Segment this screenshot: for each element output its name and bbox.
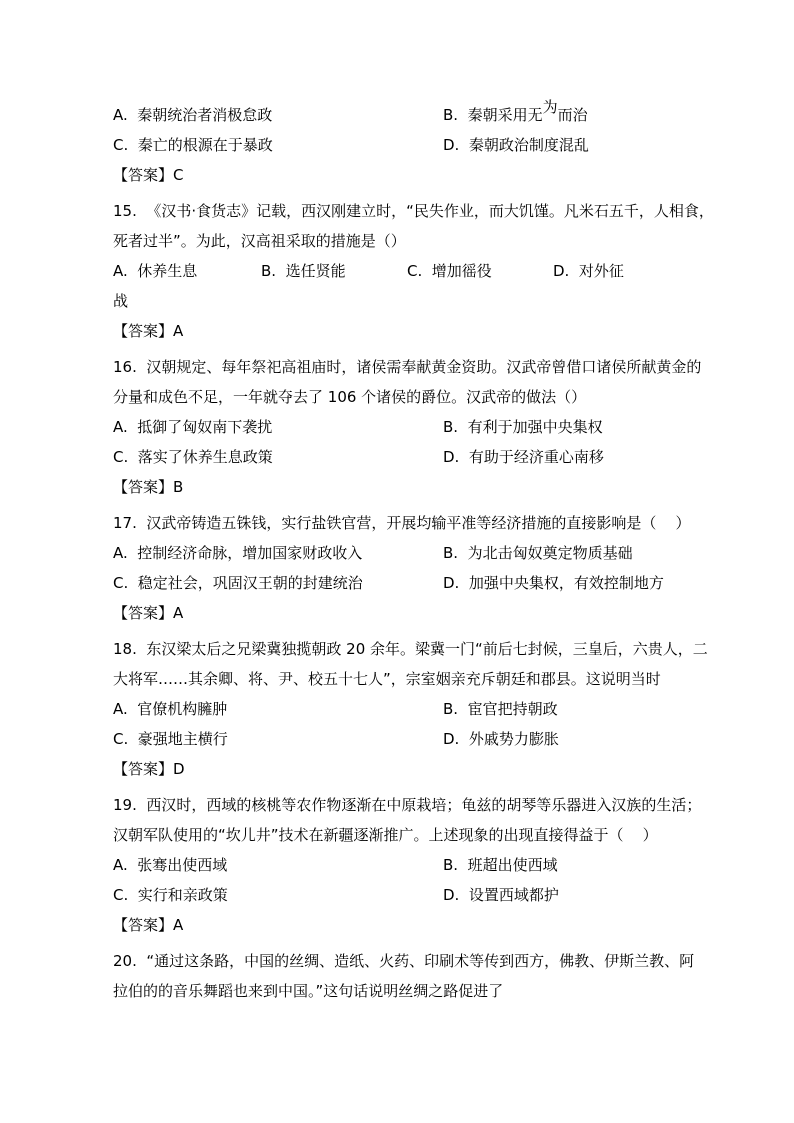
q16-option-a: A. 抵御了匈奴南下袭扰 [113,412,272,442]
q17-answer: 【答案】A [113,598,683,628]
q16-stem-line-2: 分量和成色不足，一年就夺去了 106 个诸侯的爵位。汉武帝的做法（） [113,382,683,412]
q17-options-row-ab: A. 控制经济命脉，增加国家财政收入 B. 为北击匈奴奠定物质基础 [113,538,683,568]
q16-answer: 【答案】B [113,472,683,502]
q15-option-d-wrap: 战 [113,286,683,316]
q19-option-b: B. 班超出使西域 [443,850,558,880]
q17-option-a: A. 控制经济命脉，增加国家财政收入 [113,538,362,568]
question-20: 20. “通过这条路，中国的丝绸、造纸、火药、印刷术等传到西方，佛教、伊斯兰教、… [113,946,683,1006]
q14-option-b-text: B. 秦朝采用无 [443,106,543,124]
q19-option-c: C. 实行和亲政策 [113,880,228,910]
q16-option-d: D. 有助于经济重心南移 [443,442,604,472]
q17-option-d: D. 加强中央集权，有效控制地方 [443,568,664,598]
q19-answer: 【答案】A [113,910,683,940]
q15-option-b: B. 选任贤能 [261,256,346,286]
q15-stem-line-2: 死者过半”。为此，汉高祖采取的措施是（） [113,226,683,256]
exam-content: A. 秦朝统治者消极怠政 B. 秦朝采用无为而治 C. 秦亡的根源在于暴政 D.… [113,100,683,1006]
q17-option-b: B. 为北击匈奴奠定物质基础 [443,538,633,568]
q14-option-b-text-end: 而治 [558,106,588,124]
q14-options-row-ab: A. 秦朝统治者消极怠政 B. 秦朝采用无为而治 [113,100,683,130]
q15-option-a: A. 休养生息 [113,256,197,286]
question-16: 16. 汉朝规定、每年祭祀高祖庙时，诸侯需奉献黄金资助。汉武帝曾借口诸侯所献黄金… [113,352,683,502]
q16-option-b: B. 有利于加强中央集权 [443,412,603,442]
q14-option-b-superscript: 为 [543,98,558,116]
q17-stem-line-1: 17. 汉武帝铸造五铢钱，实行盐铁官营，开展均输平准等经济措施的直接影响是（ ） [113,508,683,538]
q14-option-d: D. 秦朝政治制度混乱 [443,130,589,160]
q18-option-c: C. 豪强地主横行 [113,724,228,754]
q18-answer: 【答案】D [113,754,683,784]
q20-stem-line-2: 拉伯的的音乐舞蹈也来到中国。”这句话说明丝绸之路促进了 [113,976,683,1006]
q18-option-d: D. 外戚势力膨胀 [443,724,559,754]
q19-option-d: D. 设置西域都护 [443,880,559,910]
q16-options-row-cd: C. 落实了休养生息政策 D. 有助于经济重心南移 [113,442,683,472]
q18-option-b: B. 宦官把持朝政 [443,694,558,724]
q19-option-a: A. 张骞出使西域 [113,850,227,880]
q18-options-row-cd: C. 豪强地主横行 D. 外戚势力膨胀 [113,724,683,754]
q18-option-a: A. 官僚机构臃肿 [113,694,227,724]
question-14-options: A. 秦朝统治者消极怠政 B. 秦朝采用无为而治 C. 秦亡的根源在于暴政 D.… [113,100,683,190]
q15-option-c: C. 增加徭役 [407,256,492,286]
q20-stem-line-1: 20. “通过这条路，中国的丝绸、造纸、火药、印刷术等传到西方，佛教、伊斯兰教、… [113,946,683,976]
q17-options-row-cd: C. 稳定社会，巩固汉王朝的封建统治 D. 加强中央集权，有效控制地方 [113,568,683,598]
question-17: 17. 汉武帝铸造五铢钱，实行盐铁官营，开展均输平准等经济措施的直接影响是（ ）… [113,508,683,628]
q15-stem-line-1: 15. 《汉书·食货志》记载，西汉刚建立时，“民失作业，而大饥馑。凡米石五千，人… [113,196,683,226]
q14-option-a: A. 秦朝统治者消极怠政 [113,100,272,130]
q16-stem-line-1: 16. 汉朝规定、每年祭祀高祖庙时，诸侯需奉献黄金资助。汉武帝曾借口诸侯所献黄金… [113,352,683,382]
q19-stem-line-2: 汉朝军队使用的“坎儿井”技术在新疆逐渐推广。上述现象的出现直接得益于（ ） [113,820,683,850]
question-18: 18. 东汉梁太后之兄梁冀独揽朝政 20 余年。梁冀一门“前后七封候，三皇后，六… [113,634,683,784]
exam-document-page: A. 秦朝统治者消极怠政 B. 秦朝采用无为而治 C. 秦亡的根源在于暴政 D.… [0,0,794,1123]
q18-stem-line-2: 大将军……其余卿、将、尹、校五十七人”，宗室姻亲充斥朝廷和郡县。这说明当时 [113,664,683,694]
q19-stem-line-1: 19. 西汉时，西域的核桃等农作物逐渐在中原栽培；龟兹的胡琴等乐器进入汉族的生活… [113,790,683,820]
q14-answer: 【答案】C [113,160,683,190]
q15-options-row: A. 休养生息 B. 选任贤能 C. 增加徭役 D. 对外征 [113,256,683,286]
question-15: 15. 《汉书·食货志》记载，西汉刚建立时，“民失作业，而大饥馑。凡米石五千，人… [113,196,683,346]
q19-options-row-cd: C. 实行和亲政策 D. 设置西域都护 [113,880,683,910]
q17-option-c: C. 稳定社会，巩固汉王朝的封建统治 [113,568,363,598]
q18-stem-line-1: 18. 东汉梁太后之兄梁冀独揽朝政 20 余年。梁冀一门“前后七封候，三皇后，六… [113,634,683,664]
q15-option-d: D. 对外征 [553,256,624,286]
q14-options-row-cd: C. 秦亡的根源在于暴政 D. 秦朝政治制度混乱 [113,130,683,160]
q18-options-row-ab: A. 官僚机构臃肿 B. 宦官把持朝政 [113,694,683,724]
q16-options-row-ab: A. 抵御了匈奴南下袭扰 B. 有利于加强中央集权 [113,412,683,442]
q19-options-row-ab: A. 张骞出使西域 B. 班超出使西域 [113,850,683,880]
question-19: 19. 西汉时，西域的核桃等农作物逐渐在中原栽培；龟兹的胡琴等乐器进入汉族的生活… [113,790,683,940]
q16-option-c: C. 落实了休养生息政策 [113,442,273,472]
q14-option-b: B. 秦朝采用无为而治 [443,100,588,130]
q14-option-c: C. 秦亡的根源在于暴政 [113,130,273,160]
q15-answer: 【答案】A [113,316,683,346]
